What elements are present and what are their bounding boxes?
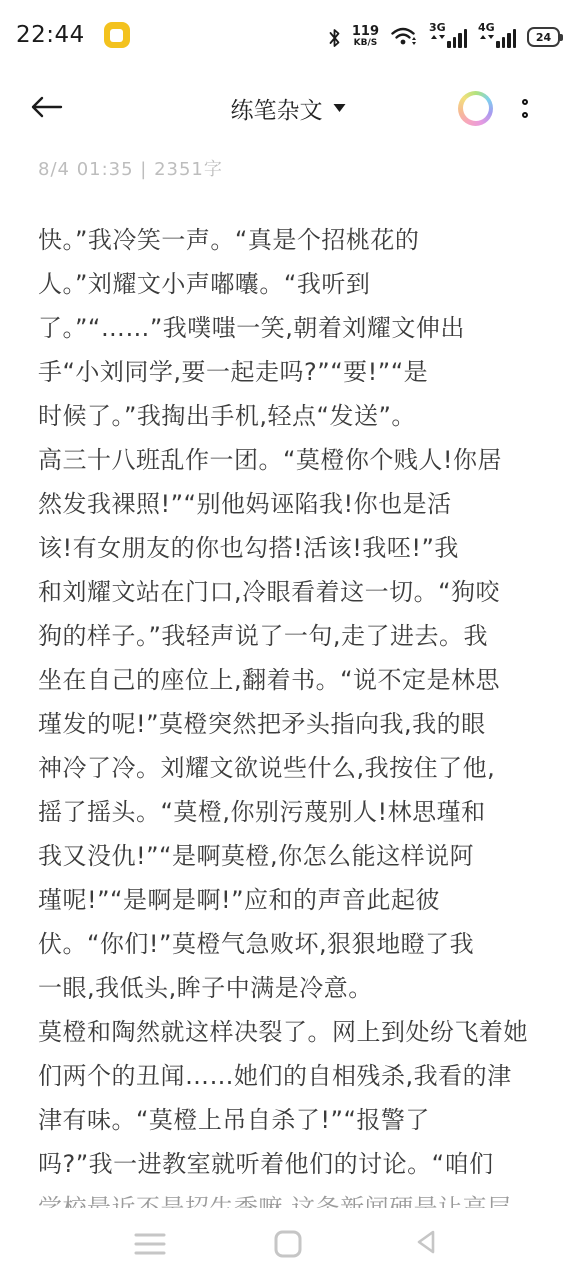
status-bar: 22:44 119 KB/S xyxy=(0,12,576,58)
phone-screen: 22:44 119 KB/S xyxy=(0,0,576,1280)
hamburger-line xyxy=(135,1252,166,1255)
text-line: 我又没仇!”“是啊莫橙,你怎么能这样说阿 xyxy=(38,834,548,878)
text-line: 瑾发的呢!”莫橙突然把矛头指向我,我的眼 xyxy=(38,702,548,746)
hamburger-line xyxy=(135,1234,166,1237)
doc-meta: 8/4 01:35 | 2351字 xyxy=(38,155,223,181)
page-title: 练笔杂文 xyxy=(231,92,323,125)
text-line: 时候了。”我掏出手机,轻点“发送”。 xyxy=(38,394,548,438)
status-bar-left: 22:44 xyxy=(16,22,130,48)
text-line: 坐在自己的座位上,翻着书。“说不定是林思 xyxy=(38,658,548,702)
text-line: 吗?”我一进教室就听着他们的讨论。“咱们 xyxy=(38,1142,548,1186)
signal-4g-arrows xyxy=(480,35,494,39)
text-line: 狗的样子。”我轻声说了一句,走了进去。我 xyxy=(38,614,548,658)
menu-dot xyxy=(522,99,528,105)
text-line: 们两个的丑闻……她们的自相残杀,我看的津 xyxy=(38,1054,548,1098)
chapter-title-dropdown[interactable]: 练笔杂文 xyxy=(231,82,346,134)
text-line: 一眼,我低头,眸子中满是冷意。 xyxy=(38,966,548,1010)
android-nav-bar xyxy=(0,1208,576,1280)
wifi-icon xyxy=(390,24,418,48)
text-line: 了。”“……”我噗嗤一笑,朝着刘耀文伸出 xyxy=(38,306,548,350)
signal-3g-label: 3G xyxy=(429,22,446,33)
back-button[interactable] xyxy=(28,92,64,122)
signal-4g-label: 4G xyxy=(478,22,495,33)
theme-ring-center xyxy=(463,95,489,121)
caret-down-icon xyxy=(334,104,346,112)
battery-indicator: 24 xyxy=(527,27,560,47)
signal-3g-arrows xyxy=(431,35,445,39)
nav-bar-actions xyxy=(458,82,532,134)
notification-app-icon xyxy=(104,22,130,48)
recents-menu-button[interactable] xyxy=(135,1234,166,1255)
text-line: 人。”刘耀文小声嘟囔。“我听到 xyxy=(38,262,548,306)
home-button[interactable] xyxy=(275,1231,302,1258)
bluetooth-icon xyxy=(328,28,341,48)
signal-4g-icon: 4G xyxy=(478,22,516,48)
network-speed-value: 119 xyxy=(352,25,379,38)
text-line: 高三十八班乱作一团。“莫橙你个贱人!你居 xyxy=(38,438,548,482)
network-speed-indicator: 119 KB/S xyxy=(352,25,379,48)
more-menu-button[interactable] xyxy=(518,95,532,122)
status-bar-right: 119 KB/S 3G 4G xyxy=(328,22,560,48)
signal-4g-bars xyxy=(496,29,516,48)
theme-ring-button[interactable] xyxy=(458,91,493,126)
battery-percent: 24 xyxy=(536,31,551,44)
android-back-button[interactable] xyxy=(413,1228,439,1260)
text-line: 摇了摇头。“莫橙,你别污蔑别人!林思瑾和 xyxy=(38,790,548,834)
notification-app-icon-glyph xyxy=(110,29,123,42)
signal-3g-bars xyxy=(447,29,467,48)
text-line: 快。”我冷笑一声。“真是个招桃花的 xyxy=(38,218,548,262)
clock: 22:44 xyxy=(16,22,85,48)
menu-dot xyxy=(522,112,528,118)
text-line: 神冷了冷。刘耀文欲说些什么,我按住了他, xyxy=(38,746,548,790)
signal-3g-icon: 3G xyxy=(429,22,467,48)
text-line: 和刘耀文站在门口,冷眼看着这一切。“狗咬 xyxy=(38,570,548,614)
document-body[interactable]: 快。”我冷笑一声。“真是个招桃花的 人。”刘耀文小声嘟囔。“我听到 了。”“……… xyxy=(38,218,548,1230)
text-line: 伏。“你们!”莫橙气急败坏,狠狠地瞪了我 xyxy=(38,922,548,966)
text-line: 手“小刘同学,要一起走吗?”“要!”“是 xyxy=(38,350,548,394)
hamburger-line xyxy=(135,1243,166,1246)
text-line: 该!有女朋友的你也勾搭!活该!我呸!”我 xyxy=(38,526,548,570)
text-line: 莫橙和陶然就这样决裂了。网上到处纷飞着她 xyxy=(38,1010,548,1054)
network-speed-unit: KB/S xyxy=(354,39,378,48)
text-line: 津有味。“莫橙上吊自杀了!”“报警了 xyxy=(38,1098,548,1142)
text-line: 瑾呢!”“是啊是啊!”应和的声音此起彼 xyxy=(38,878,548,922)
app-nav-bar: 练笔杂文 xyxy=(0,82,576,134)
text-line: 然发我裸照!”“别他妈诬陷我!你也是活 xyxy=(38,482,548,526)
